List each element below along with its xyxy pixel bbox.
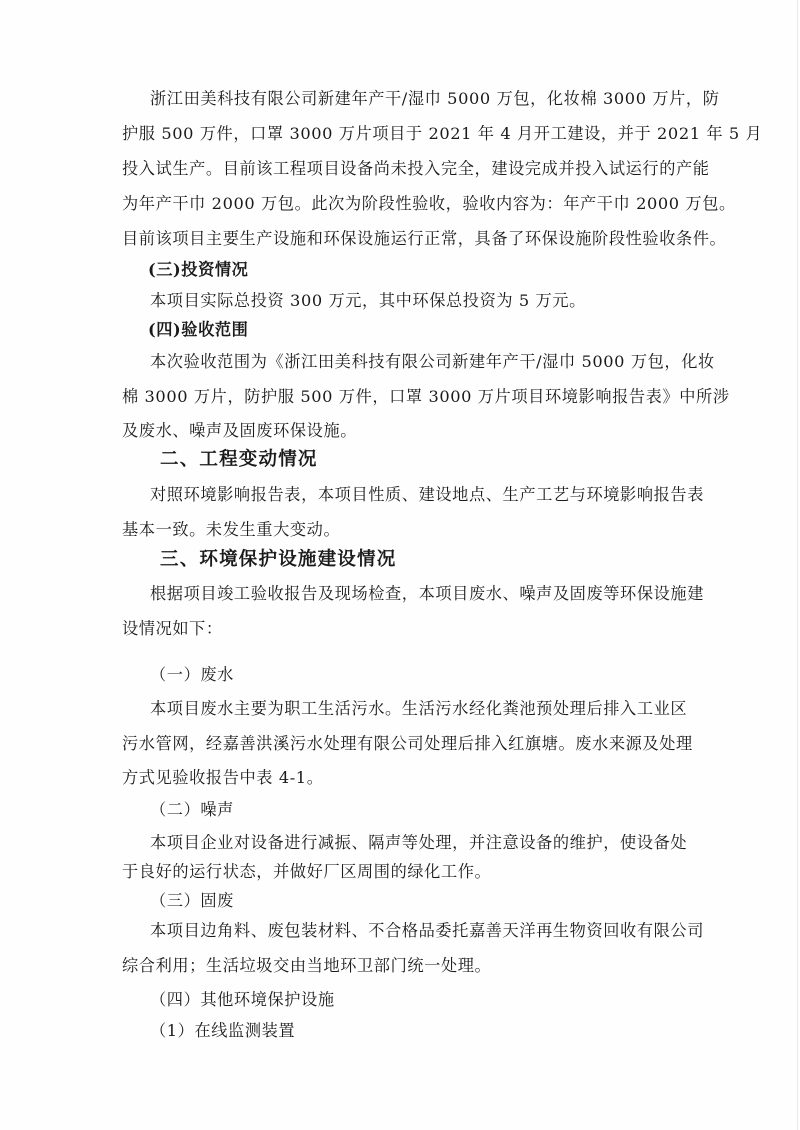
paragraph-line: 本项目企业对设备进行减振、隔声等处理，并注意设备的维护，使设备处 (150, 833, 687, 853)
paragraph-line: 于良好的运行状态，并做好厂区周围的绿化工作。 (122, 862, 491, 882)
page-edge (797, 0, 798, 1130)
section-heading-scope: (四)验收范围 (148, 320, 248, 340)
paragraph-line: 综合利用；生活垃圾交由当地环卫部门统一处理。 (122, 956, 491, 976)
subsection-heading-solid-waste: （三）固废 (150, 891, 234, 911)
paragraph-line: 设情况如下： (122, 619, 223, 639)
section-heading-env: 三、环境保护设施建设情况 (160, 550, 396, 570)
paragraph-line: 基本一致。未发生重大变动。 (122, 520, 340, 540)
paragraph-line: 本项目实际总投资 300 万元，其中环保总投资为 5 万元。 (150, 291, 586, 311)
subsection-heading-other: （四）其他环境保护设施 (150, 990, 335, 1010)
paragraph-line: 本项目边角料、废包装材料、不合格品委托嘉善天洋再生物资回收有限公司 (150, 921, 704, 941)
paragraph-line: 污水管网，经嘉善洪溪污水处理有限公司处理后排入红旗塘。废水来源及处理 (122, 734, 693, 754)
paragraph-line: 及废水、噪声及固废环保设施。 (122, 421, 357, 441)
paragraph-line: 对照环境影响报告表，本项目性质、建设地点、生产工艺与环境影响报告表 (150, 485, 704, 505)
paragraph-line: 投入试生产。目前该工程项目设备尚未投入完全，建设完成并投入试运行的产能 (122, 159, 710, 179)
document-page: 浙江田美科技有限公司新建年产干/湿巾 5000 万包，化妆棉 3000 万片，防… (0, 0, 800, 1130)
paragraph-line: 本项目废水主要为职工生活污水。生活污水经化粪池预处理后排入工业区 (150, 699, 687, 719)
paragraph-line: 棉 3000 万片，防护服 500 万件，口罩 3000 万片项目环境影响报告表… (122, 387, 730, 407)
subsection-heading-online-monitoring: （1）在线监测装置 (150, 1021, 295, 1041)
subsection-heading-wastewater: （一）废水 (150, 665, 234, 685)
section-heading-changes: 二、工程变动情况 (160, 450, 318, 470)
paragraph-line: 目前该项目主要生产设施和环保设施运行正常，具备了环保设施阶段性验收条件。 (122, 229, 726, 249)
paragraph-line: 为年产干巾 2000 万包。此次为阶段性验收，验收内容为：年产干巾 2000 万… (122, 194, 736, 214)
subsection-heading-noise: （二）噪声 (150, 800, 234, 820)
paragraph-line: 方式见验收报告中表 4-1。 (122, 768, 324, 788)
paragraph-line: 浙江田美科技有限公司新建年产干/湿巾 5000 万包，化妆棉 3000 万片，防 (150, 89, 720, 109)
paragraph-line: 本次验收范围为《浙江田美科技有限公司新建年产干/湿巾 5000 万包，化妆 (150, 352, 715, 372)
section-heading-investment: (三)投资情况 (148, 260, 248, 280)
paragraph-line: 根据项目竣工验收报告及现场检查，本项目废水、噪声及固废等环保设施建 (150, 584, 704, 604)
paragraph-line: 护服 500 万件，口罩 3000 万片项目于 2021 年 4 月开工建设，并… (122, 124, 762, 144)
